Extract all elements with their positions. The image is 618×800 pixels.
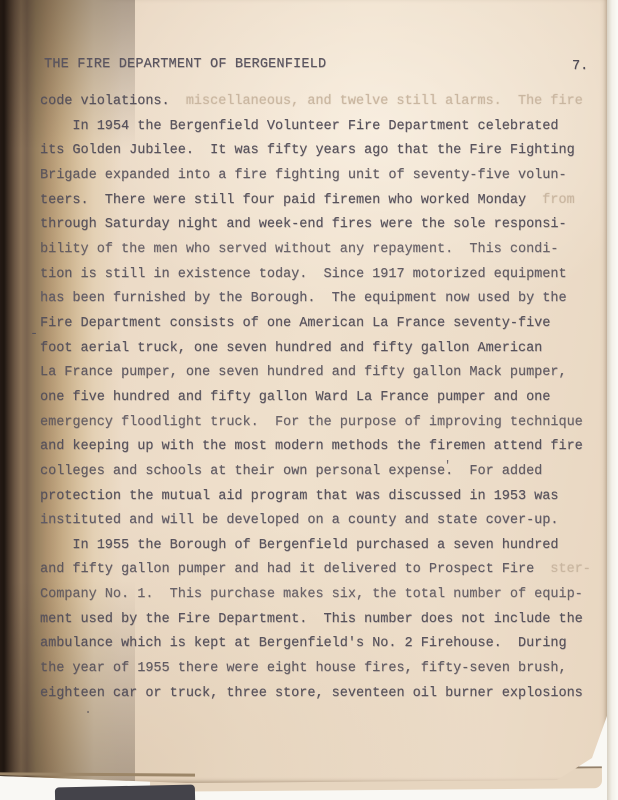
text-line: code violations. miscellaneous, and twel… <box>40 90 600 115</box>
stray-mark: - <box>30 327 38 342</box>
scanned-page-background: THE FIRE DEPARTMENT OF BERGENFIELD 7. co… <box>0 0 618 800</box>
typewritten-text: and fifty gallon pumper and had it deliv… <box>40 562 534 577</box>
text-line: Brigade expanded into a fire fighting un… <box>40 164 600 189</box>
text-line: La France pumper, one seven hundred and … <box>40 361 600 386</box>
stray-mark: ' <box>444 459 451 473</box>
text-line: ment used by the Fire Department. This n… <box>40 608 600 633</box>
typewritten-text: La France pumper, one seven hundred and … <box>40 365 567 380</box>
text-line: In 1955 the Borough of Bergenfield purch… <box>40 534 600 559</box>
typewritten-text: teers. There were still four paid fireme… <box>40 193 526 208</box>
text-line: and keeping up with the most modern meth… <box>40 435 600 460</box>
typewritten-text: and keeping up with the most modern meth… <box>40 439 583 454</box>
text-line: protection the mutual aid program that w… <box>40 485 600 510</box>
text-line: ambulance which is kept at Bergenfield's… <box>40 632 600 657</box>
stray-mark: . <box>84 703 92 718</box>
text-line: instituted and will be developed on a co… <box>40 509 600 534</box>
typewritten-text: tion is still in existence today. Since … <box>40 267 567 282</box>
text-line: foot aerial truck, one seven hundred and… <box>40 337 600 362</box>
text-line: and fifty gallon pumper and had it deliv… <box>40 558 600 583</box>
typewritten-text: has been furnished by the Borough. The e… <box>40 291 567 306</box>
text-line: its Golden Jubilee. It was fifty years a… <box>40 139 600 164</box>
scanner-edge <box>607 0 618 800</box>
typewritten-text: bility of the men who served without any… <box>40 242 558 257</box>
ghost-text: ster- <box>534 562 591 577</box>
text-line: one five hundred and fifty gallon Ward L… <box>40 386 600 411</box>
text-line: the year of 1955 there were eight house … <box>40 657 600 682</box>
typewritten-text: the year of 1955 there were eight house … <box>40 661 567 676</box>
text-line: colleges and schools at their own person… <box>40 460 600 485</box>
page-header-title: THE FIRE DEPARTMENT OF BERGENFIELD <box>44 57 326 72</box>
typewritten-text: emergency floodlight truck. For the purp… <box>40 415 583 430</box>
typewritten-text: colleges and schools at their own person… <box>40 464 542 479</box>
text-line: teers. There were still four paid fireme… <box>40 189 600 214</box>
text-line: through Saturday night and week-end fire… <box>40 213 600 238</box>
typewritten-text: Brigade expanded into a fire fighting un… <box>40 168 567 183</box>
typewritten-text: foot aerial truck, one seven hundred and… <box>40 341 542 356</box>
text-line: emergency floodlight truck. For the purp… <box>40 411 600 436</box>
body-text: code violations. miscellaneous, and twel… <box>40 90 600 706</box>
text-line: Fire Department consists of one American… <box>40 312 600 337</box>
typewritten-text: instituted and will be developed on a co… <box>40 513 558 528</box>
typewritten-text: eighteen car or truck, three store, seve… <box>40 686 583 701</box>
text-line: eighteen car or truck, three store, seve… <box>40 682 600 707</box>
book-cover-edge <box>55 785 195 800</box>
text-line: In 1954 the Bergenfield Volunteer Fire D… <box>40 115 600 140</box>
typewritten-text: code violations. <box>40 94 170 109</box>
typewritten-text: In 1954 the Bergenfield Volunteer Fire D… <box>40 119 558 134</box>
typewritten-text: Company No. 1. This purchase makes six, … <box>40 587 583 602</box>
page-number: 7. <box>572 59 588 74</box>
text-line: has been furnished by the Borough. The e… <box>40 287 600 312</box>
text-line: tion is still in existence today. Since … <box>40 263 600 288</box>
typewritten-text: In 1955 the Borough of Bergenfield purch… <box>40 538 558 553</box>
text-line: bility of the men who served without any… <box>40 238 600 263</box>
typewritten-text: Fire Department consists of one American… <box>40 316 550 331</box>
typewritten-text: ment used by the Fire Department. This n… <box>40 612 583 627</box>
typewritten-text: one five hundred and fifty gallon Ward L… <box>40 390 550 405</box>
ghost-text: from <box>526 193 575 208</box>
ghost-text: miscellaneous, and twelve still alarms. … <box>170 94 583 109</box>
text-line: Company No. 1. This purchase makes six, … <box>40 583 600 608</box>
typewritten-text: its Golden Jubilee. It was fifty years a… <box>40 143 575 158</box>
page-sheet: THE FIRE DEPARTMENT OF BERGENFIELD 7. co… <box>0 0 607 783</box>
typewritten-text: through Saturday night and week-end fire… <box>40 217 567 232</box>
typewritten-text: ambulance which is kept at Bergenfield's… <box>40 636 567 651</box>
typewritten-text: protection the mutual aid program that w… <box>40 489 558 504</box>
